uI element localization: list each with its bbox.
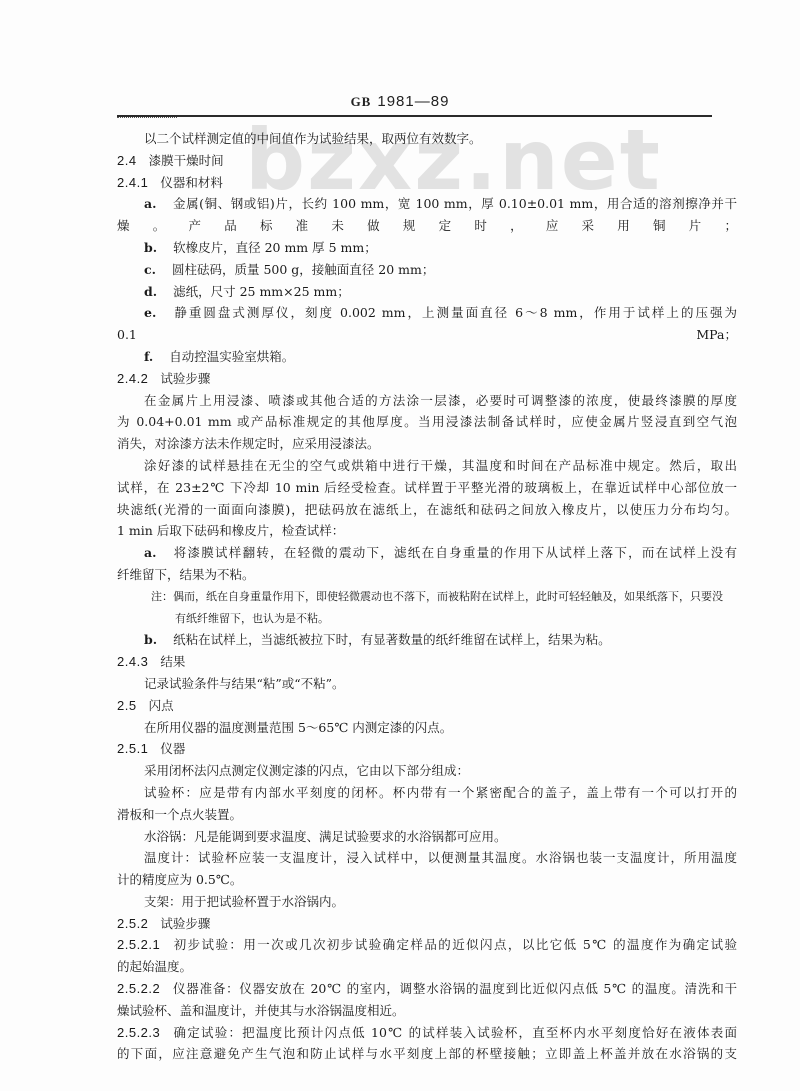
paragraph: 采用闭杯法闪点测定仪测定漆的闪点，它由以下部分组成： <box>117 760 737 782</box>
section-heading: 2.4.1仪器和材料 <box>117 172 737 194</box>
section-heading: 2.5.1仪器 <box>117 738 737 760</box>
paragraph-text: 水浴锅：凡是能调到要求温度、满足试验要求的水浴锅都可应用。 <box>144 829 507 844</box>
list-item-text: 静重圆盘式测厚仪，刻度 0.002 mm，上测量面直径 6～8 mm，作用于试样… <box>172 305 737 320</box>
paragraph-continuation: 滑板和一个点火装置。 <box>117 804 737 826</box>
section-number: 2.5.2.3 <box>117 1025 160 1040</box>
note-text: 注：偶而，纸在自身重量作用下，即使轻微震动也不落下，而被粘附在试样上，此时可轻轻… <box>151 590 723 603</box>
paragraph-text: 燥。产品标准未做规定时，应采用铜片； <box>117 218 737 233</box>
paragraph: 试验杯：应是带有内部水平刻度的闭杯。杯内带有一个紧密配合的盖子，盖上带有一个可以… <box>117 782 737 804</box>
section-text: 试验步骤 <box>160 916 210 931</box>
paragraph-continuation: 块滤纸(光滑的一面面向漆膜)，把砝码放在滤纸上，在滤纸和砝码之间放入橡皮片，以使… <box>117 499 737 521</box>
paragraph-continuation: 燥试验杯、盖和温度计，并使其与水浴锅温度相近。 <box>117 1000 737 1022</box>
list-item-text: 圆柱砝码，质量 500 g，接触面直径 20 mm； <box>172 262 434 277</box>
section-number: 2.5.2 <box>117 916 148 931</box>
list-item: a.将漆膜试样翻转，在轻微的震动下，滤纸在自身重量的作用下从试样上落下，而在试样… <box>117 542 737 564</box>
list-item: a.金属(铜、钢或铝)片，长约 100 mm，宽 100 mm，厚 0.10±0… <box>117 193 737 215</box>
note-text: 有纸纤维留下，也认为是不粘。 <box>175 612 329 625</box>
section-text: 确定试验：把温度比预计闪点低 10℃ 的试样装入试验杯，直至杯内水平刻度恰好在液… <box>172 1025 737 1040</box>
paragraph-continuation: 为 0.04+0.01 mm 或产品标准规定的其他厚度。当用浸漆法制备试样时，应… <box>117 411 737 433</box>
paragraph-text: 试验杯：应是带有内部水平刻度的闭杯。杯内带有一个紧密配合的盖子，盖上带有一个可以… <box>144 785 737 800</box>
paragraph-continuation: 计的精度应为 0.5℃。 <box>117 869 737 891</box>
paragraph-text: 为 0.04+0.01 mm 或产品标准规定的其他厚度。当用浸漆法制备试样时，应… <box>117 414 737 429</box>
list-item: e.静重圆盘式测厚仪，刻度 0.002 mm，上测量面直径 6～8 mm，作用于… <box>117 302 737 324</box>
section-number: 2.5.1 <box>117 741 148 756</box>
list-item-label: c. <box>144 262 156 277</box>
paragraph-text: 以二个试样测定值的中间值作为试验结果，取两位有效数字。 <box>144 131 482 146</box>
section-number: 2.4 <box>117 153 137 168</box>
page-header: GB1981—89 <box>0 93 800 110</box>
section-number: 2.5 <box>117 698 137 713</box>
paragraph-text: 块滤纸(光滑的一面面向漆膜)，把砝码放在滤纸上，在滤纸和砝码之间放入橡皮片，以使… <box>117 502 737 517</box>
section-text: 漆膜干燥时间 <box>149 153 224 168</box>
list-item: d.滤纸，尺寸 25 mm×25 mm； <box>117 281 737 303</box>
paragraph-continuation: 1 min 后取下砝码和橡皮片，检查试样： <box>117 520 737 542</box>
section-number: 2.5.2.2 <box>117 981 160 996</box>
paragraph-text: 的下面，应注意避免产生气泡和防止试样与水平刻度上部的杯壁接触；立即盖上杯盖并放在… <box>117 1046 737 1061</box>
paragraph-text: 记录试验条件与结果“粘”或“不粘”。 <box>144 676 345 691</box>
document-page: GB1981—89 bzxz.net 以二个试样测定值的中间值作为试验结果，取两… <box>0 0 800 1091</box>
section-text: 闪点 <box>149 698 174 713</box>
section-text: 仪器 <box>160 741 185 756</box>
paragraph-text: 1 min 后取下砝码和橡皮片，检查试样： <box>117 523 344 538</box>
paragraph-continuation: 纤维留下，结果为不粘。 <box>117 564 737 586</box>
paragraph-text: 燥试验杯、盖和温度计，并使其与水浴锅温度相近。 <box>117 1003 405 1018</box>
paragraph: 支架：用于把试验杯置于水浴锅内。 <box>117 891 737 913</box>
list-item-label: e. <box>144 305 156 320</box>
list-item: b.软橡皮片，直径 20 mm 厚 5 mm； <box>117 237 737 259</box>
section-heading: 2.4漆膜干燥时间 <box>117 150 737 172</box>
paragraph-text: 0.1 MPa； <box>117 327 737 342</box>
section-heading: 2.5闪点 <box>117 695 737 717</box>
section-heading: 2.4.2试验步骤 <box>117 368 737 390</box>
paragraph-continuation: 燥。产品标准未做规定时，应采用铜片； <box>117 215 737 237</box>
paragraph-text: 滑板和一个点火装置。 <box>117 807 242 822</box>
list-item: c.圆柱砝码，质量 500 g，接触面直径 20 mm； <box>117 259 737 281</box>
paragraph: 在金属片上用浸漆、喷漆或其他合适的方法涂一层漆，必要时可调整漆的浓度，使最终漆膜… <box>117 390 737 412</box>
section-text: 初步试验：用一次或几次初步试验确定样品的近似闪点，以比它低 5℃ 的温度作为确定… <box>172 937 737 952</box>
note-continuation: 有纸纤维留下，也认为是不粘。 <box>117 608 737 630</box>
paragraph-text: 计的精度应为 0.5℃。 <box>117 872 242 887</box>
paragraph-text: 的起始温度。 <box>117 959 192 974</box>
list-item-text: 自动控温实验室烘箱。 <box>169 349 294 364</box>
note: 注：偶而，纸在自身重量作用下，即使轻微震动也不落下，而被粘附在试样上，此时可轻轻… <box>117 586 737 608</box>
section-heading: 2.5.2试验步骤 <box>117 913 737 935</box>
standard-number: 1981—89 <box>377 93 449 110</box>
paragraph-continuation: 试样，在 23±2℃ 下冷却 10 min 后经受检查。试样置于平整光滑的玻璃板… <box>117 477 737 499</box>
section-text: 结果 <box>160 654 185 669</box>
list-item-text: 软橡皮片，直径 20 mm 厚 5 mm； <box>173 240 377 255</box>
list-item-label: a. <box>144 545 156 560</box>
list-item: f.自动控温实验室烘箱。 <box>117 346 737 368</box>
list-item-text: 将漆膜试样翻转，在轻微的震动下，滤纸在自身重量的作用下从试样上落下，而在试样上没… <box>172 545 737 560</box>
section-number: 2.4.1 <box>117 175 148 190</box>
list-item-text: 金属(铜、钢或铝)片，长约 100 mm，宽 100 mm，厚 0.10±0.0… <box>172 196 737 211</box>
numbered-paragraph: 2.5.2.3确定试验：把温度比预计闪点低 10℃ 的试样装入试验杯，直至杯内水… <box>117 1022 737 1044</box>
list-item-label: d. <box>144 284 157 299</box>
list-item-label: b. <box>144 240 157 255</box>
section-number: 2.4.2 <box>117 371 148 386</box>
section-text: 仪器和材料 <box>160 175 223 190</box>
paragraph: 水浴锅：凡是能调到要求温度、满足试验要求的水浴锅都可应用。 <box>117 826 737 848</box>
paragraph-continuation: 消失，对涂漆方法未作规定时，应采用浸漆法。 <box>117 433 737 455</box>
paragraph-text: 纤维留下，结果为不粘。 <box>117 567 255 582</box>
paragraph: 记录试验条件与结果“粘”或“不粘”。 <box>117 673 737 695</box>
section-text: 仪器准备：仪器安放在 20℃ 的室内，调整水浴锅的温度到比近似闪点低 5℃ 的温… <box>172 981 737 996</box>
paragraph-text: 涂好漆的试样悬挂在无尘的空气或烘箱中进行干燥，其温度和时间在产品标准中规定。然后… <box>144 458 737 473</box>
paragraph-text: 温度计：试验杯应装一支温度计，浸入试样中，以便测量其温度。水浴锅也装一支温度计，… <box>144 850 737 865</box>
paragraph-continuation: 的下面，应注意避免产生气泡和防止试样与水平刻度上部的杯壁接触；立即盖上杯盖并放在… <box>117 1043 737 1065</box>
paragraph-text: 在所用仪器的温度测量范围 5～65℃ 内测定漆的闪点。 <box>144 720 452 735</box>
list-item-label: b. <box>144 632 157 647</box>
list-item-text: 滤纸，尺寸 25 mm×25 mm； <box>173 284 350 299</box>
section-text: 试验步骤 <box>160 371 210 386</box>
paragraph-text: 采用闭杯法闪点测定仪测定漆的闪点，它由以下部分组成： <box>144 763 469 778</box>
paragraph-continuation: 的起始温度。 <box>117 956 737 978</box>
paragraph-continuation: 0.1 MPa； <box>117 324 737 346</box>
standard-code: GB <box>351 94 372 109</box>
list-item-text: 纸粘在试样上，当滤纸被拉下时，有显著数量的纸纤维留在试样上，结果为粘。 <box>173 632 611 647</box>
numbered-paragraph: 2.5.2.2仪器准备：仪器安放在 20℃ 的室内，调整水浴锅的温度到比近似闪点… <box>117 978 737 1000</box>
section-heading: 2.4.3结果 <box>117 651 737 673</box>
paragraph: 温度计：试验杯应装一支温度计，浸入试样中，以便测量其温度。水浴锅也装一支温度计，… <box>117 847 737 869</box>
section-number: 2.4.3 <box>117 654 148 669</box>
paragraph: 在所用仪器的温度测量范围 5～65℃ 内测定漆的闪点。 <box>117 717 737 739</box>
paragraph-text: 消失，对涂漆方法未作规定时，应采用浸漆法。 <box>117 436 380 451</box>
paragraph-text: 试样，在 23±2℃ 下冷却 10 min 后经受检查。试样置于平整光滑的玻璃板… <box>117 480 737 495</box>
list-item-label: f. <box>144 349 153 364</box>
header-rule-dots <box>117 117 177 118</box>
list-item: b.纸粘在试样上，当滤纸被拉下时，有显著数量的纸纤维留在试样上，结果为粘。 <box>117 629 737 651</box>
paragraph-text: 在金属片上用浸漆、喷漆或其他合适的方法涂一层漆，必要时可调整漆的浓度，使最终漆膜… <box>144 393 737 408</box>
list-item-label: a. <box>144 196 156 211</box>
paragraph-text: 支架：用于把试验杯置于水浴锅内。 <box>144 894 344 909</box>
paragraph: 涂好漆的试样悬挂在无尘的空气或烘箱中进行干燥，其温度和时间在产品标准中规定。然后… <box>117 455 737 477</box>
document-body: 以二个试样测定值的中间值作为试验结果，取两位有效数字。2.4漆膜干燥时间2.4.… <box>117 128 737 1065</box>
section-number: 2.5.2.1 <box>117 937 160 952</box>
numbered-paragraph: 2.5.2.1初步试验：用一次或几次初步试验确定样品的近似闪点，以比它低 5℃ … <box>117 934 737 956</box>
paragraph: 以二个试样测定值的中间值作为试验结果，取两位有效数字。 <box>117 128 737 150</box>
